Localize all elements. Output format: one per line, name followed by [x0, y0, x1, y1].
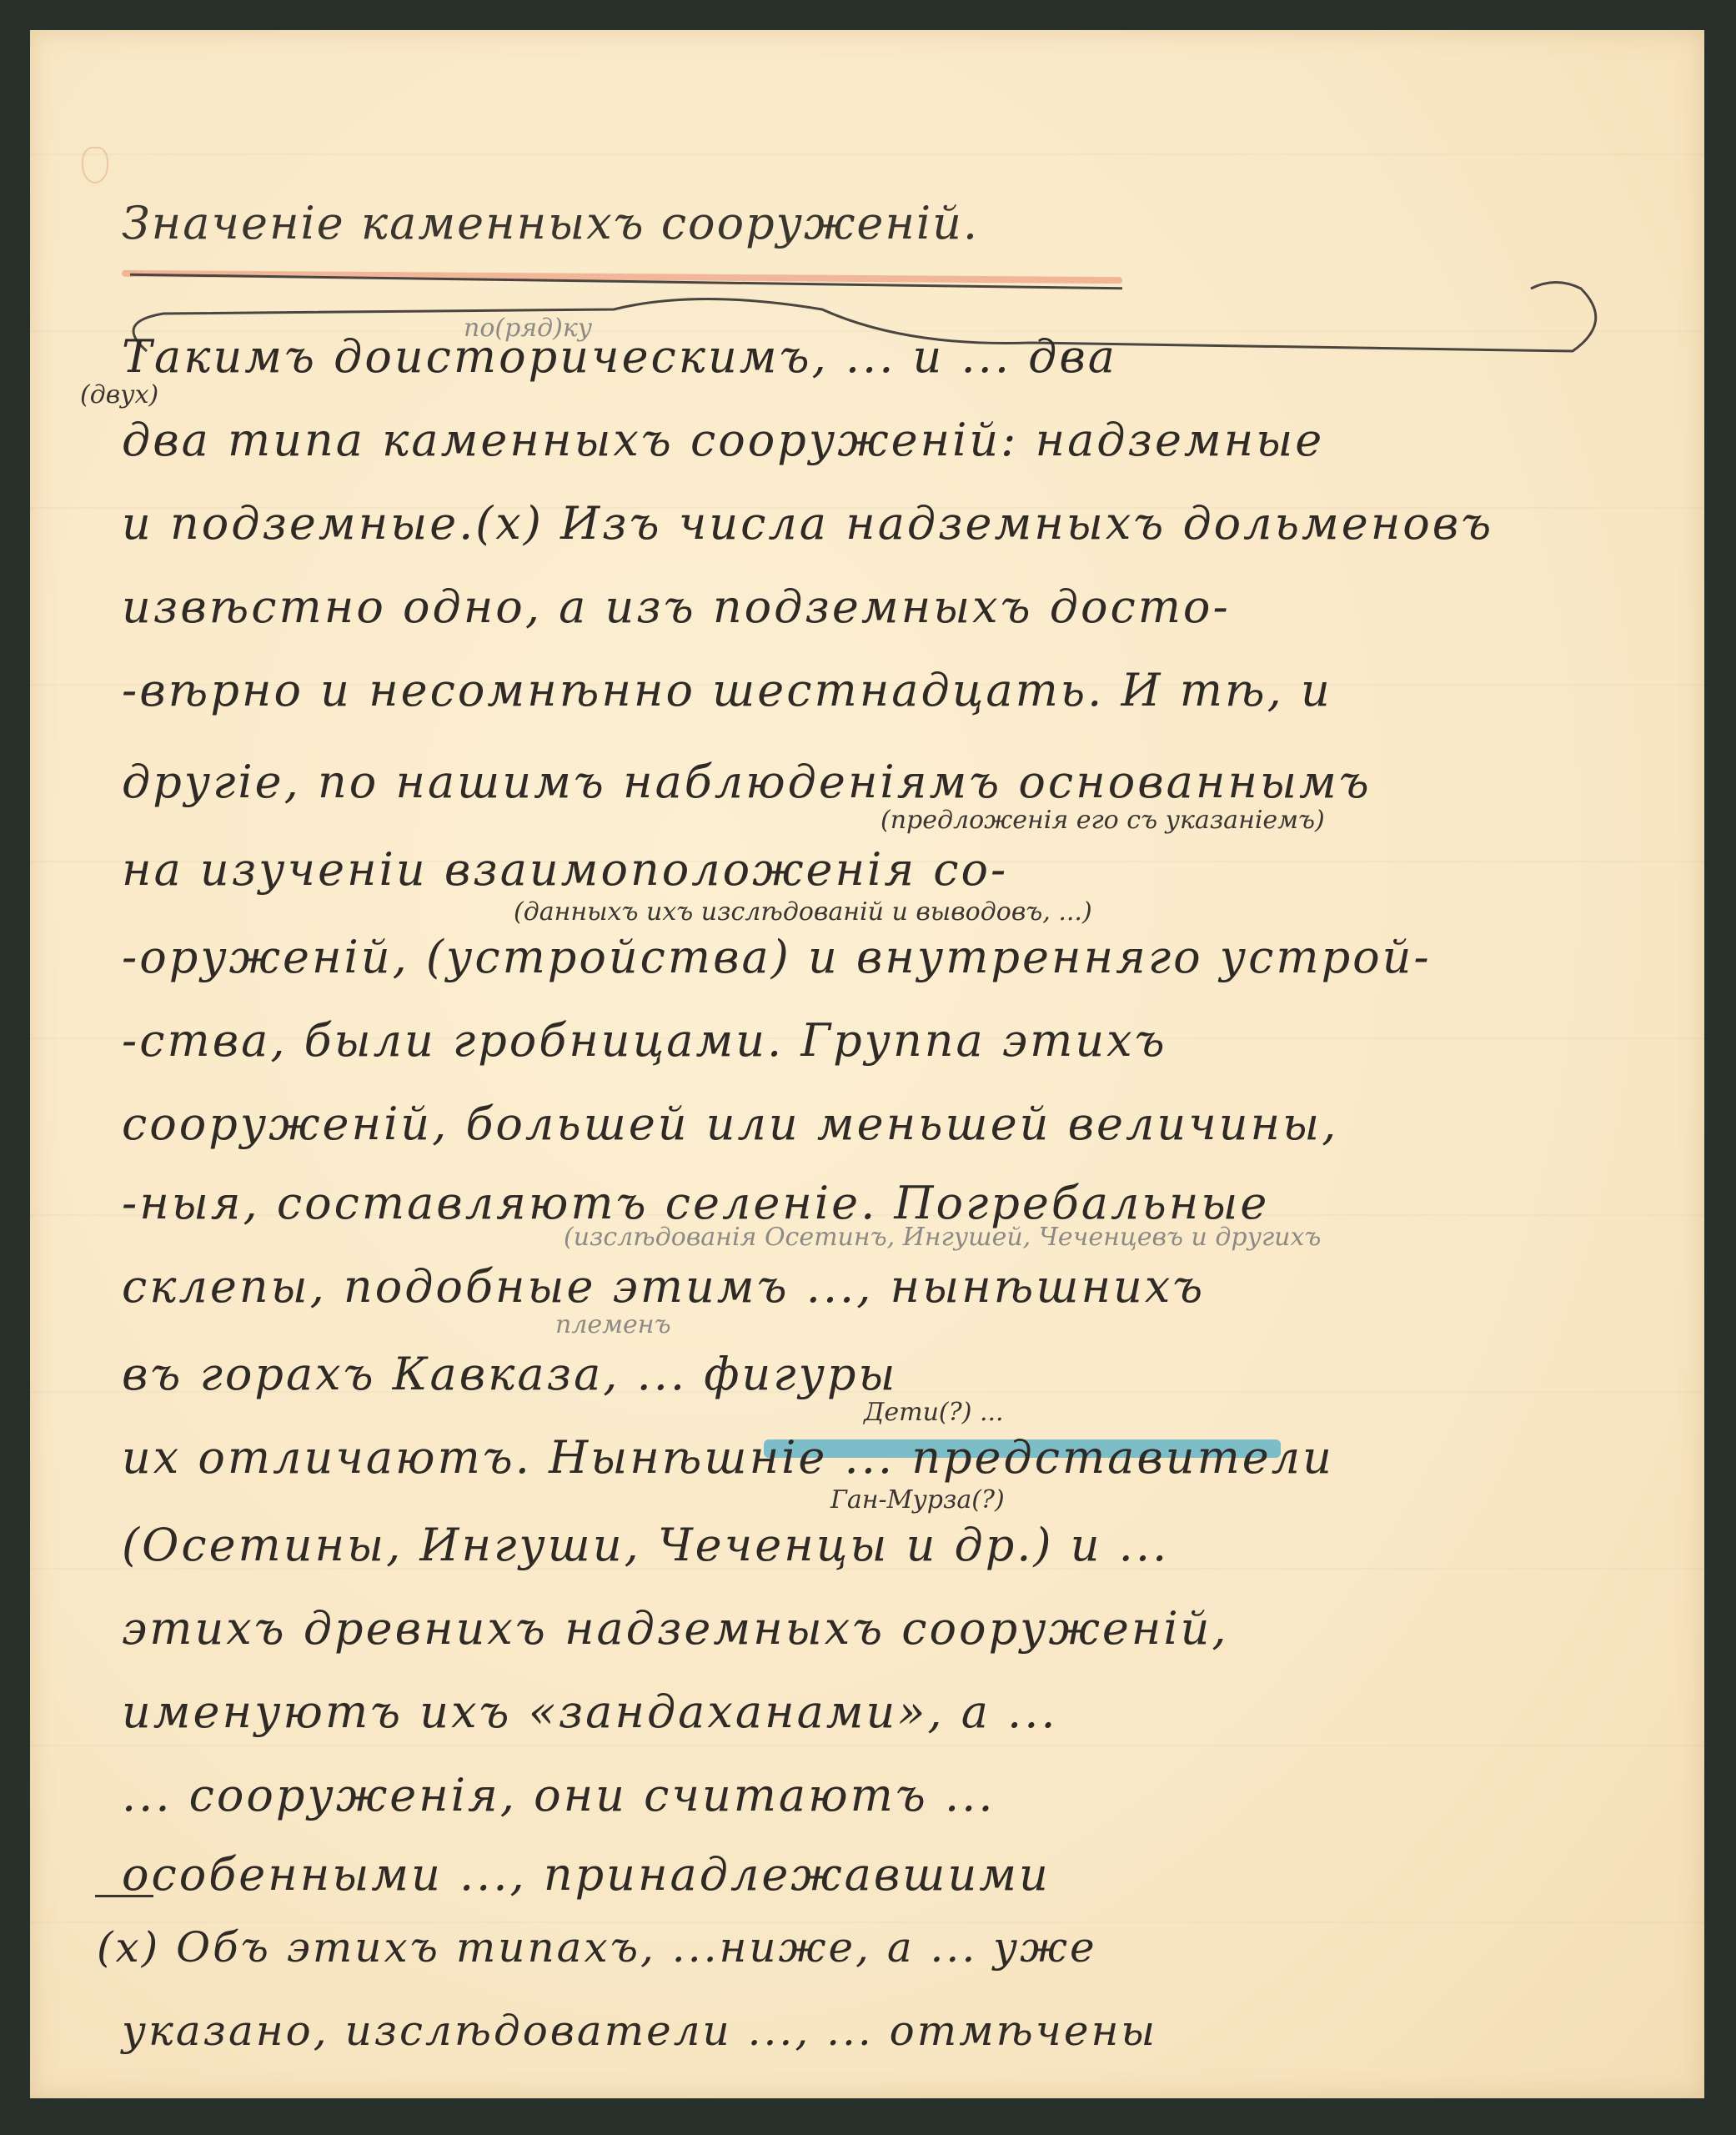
stamp-mark: [82, 147, 108, 183]
manuscript-page: Значеніе каменныхъ сооруженій. по(ряд)ку…: [30, 30, 1704, 2098]
text-line: этихъ древнихъ надземныхъ сооруженій,: [122, 1602, 1229, 1655]
text-line: -оруженій, (устройства) и внутренняго ус…: [122, 931, 1432, 983]
text-line: -ства, были гробницами. Группа этихъ: [122, 1014, 1167, 1067]
text-line: два типа каменныхъ сооруженій: надземные: [122, 414, 1324, 466]
text-line: склепы, подобные этимъ ..., нынѣшнихъ: [122, 1260, 1205, 1313]
footnote-line: (х) Объ этихъ типахъ, ...ниже, а ... уже: [97, 1923, 1097, 1972]
text-line: -ныя, составляютъ селеніе. Погребальные: [122, 1177, 1269, 1229]
insertion-line13: Дети(?) ...: [864, 1398, 1004, 1427]
page-title: Значеніе каменныхъ сооруженій.: [122, 197, 979, 249]
insertion-line6: (предложенія его съ указаніемъ): [881, 806, 1325, 835]
text-line: (Осетины, Ингуши, Чеченцы и др.) и ...: [122, 1519, 1169, 1571]
insertion-line12: племенъ: [555, 1310, 671, 1339]
margin-insertion: (двух): [80, 380, 158, 409]
text-line: другіе, по нашимъ наблюденіямъ основанны…: [122, 756, 1372, 808]
text-line: сооруженій, большей или меньшей величины…: [122, 1098, 1338, 1150]
footnote-line: указано, изслѣдователи ..., ... отмѣчены: [122, 2007, 1157, 2055]
footnote-rule: [95, 1895, 153, 1897]
text-line: особенными ..., принадлежавшими: [122, 1848, 1051, 1901]
text-line: на изученіи взаимоположенія со-: [122, 843, 1008, 896]
text-line: ... сооруженія, они считаютъ ...: [122, 1769, 996, 1821]
text-line: -вѣрно и несомнѣнно шестнадцать. И тѣ, и: [122, 664, 1332, 716]
text-line: извѣстно одно, а изъ подземныхъ досто-: [122, 580, 1231, 633]
insertion-line7: (данныхъ ихъ изслѣдованій и выводовъ, ..…: [514, 897, 1092, 927]
text-line: именуютъ ихъ «зандаханами», а ...: [122, 1685, 1058, 1738]
text-line: и подземные.(х) Изъ числа надземныхъ дол…: [122, 497, 1493, 550]
insertion-line14: Ган-Мурза(?): [830, 1485, 1005, 1515]
text-line: их отличаютъ. Нынѣшніе ... представители: [122, 1431, 1334, 1484]
text-line: Такимъ доисторическимъ, ... и ... два: [122, 330, 1117, 383]
text-line: въ горахъ Кавказа, ... фигуры: [122, 1348, 897, 1400]
